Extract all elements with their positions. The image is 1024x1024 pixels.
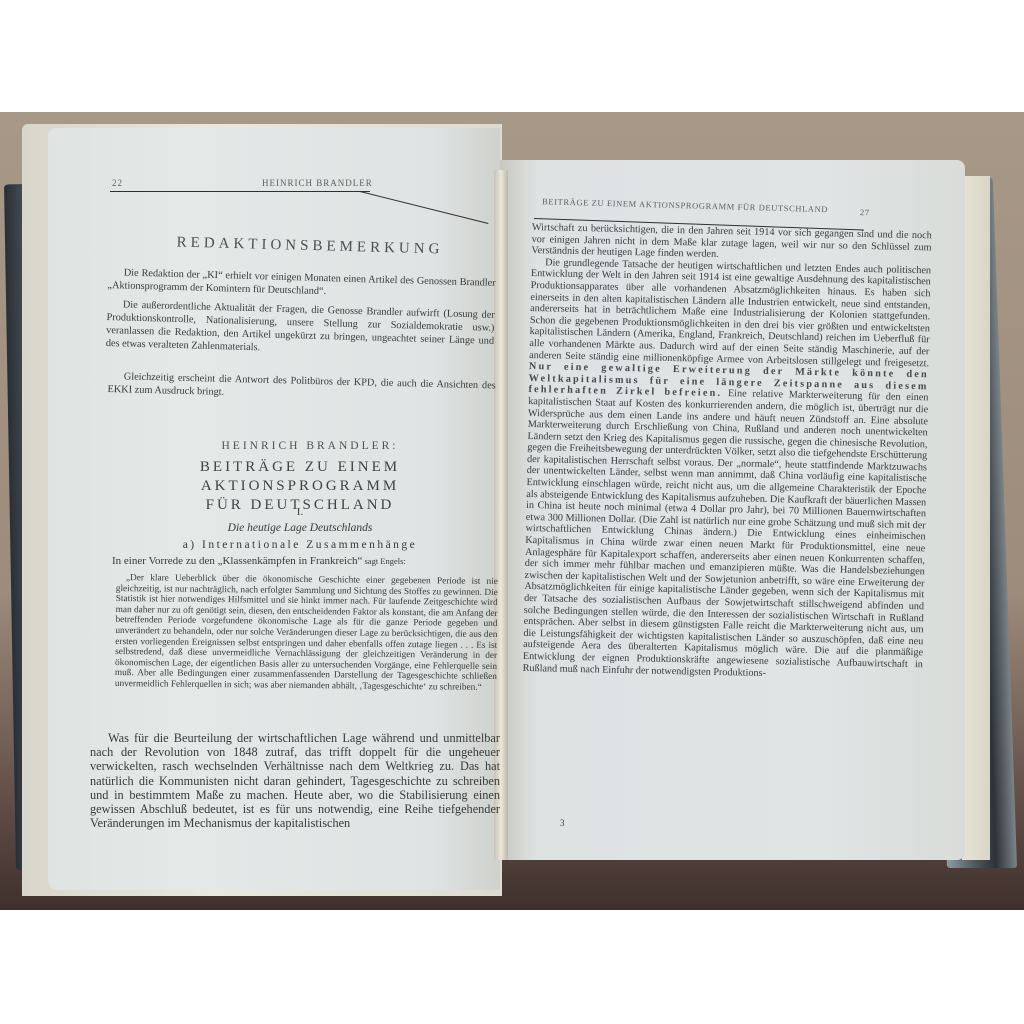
intro-line: In einer Vorrede zu den „Klassenkämpfen … (112, 555, 502, 567)
left-header-rule (110, 191, 370, 192)
article-author: HEINRICH BRANDLER: (160, 440, 460, 452)
left-running-head: 22 HEINRICH BRANDLER (112, 178, 492, 192)
section-title: Die heutige Lage Deutschlands (110, 522, 490, 534)
left-running-title: HEINRICH BRANDLER (262, 178, 373, 188)
left-body-text: Was für die Beurteilung der wirtschaftli… (90, 731, 500, 830)
right-body-text: Wirtschaft zu berücksichtigen, die in de… (523, 222, 932, 682)
editorial-paragraph: Die außerordentliche Aktualität der Frag… (106, 298, 495, 361)
intro-text: In einer Vorrede zu den „Klassenkämpfen … (112, 555, 362, 567)
body-text: Eine relative Markterweiterung für den e… (523, 388, 929, 678)
engels-quote: „Der klare Ueberblick über die ökonomisc… (115, 573, 498, 694)
section-number: I. (110, 506, 490, 518)
subsection-heading: a) Internationale Zusammenhänge (110, 539, 490, 551)
intro-tail: sagt Engels: (362, 556, 405, 566)
article-title-line-1: BEITRÄGE ZU EINEM AKTIONSPROGRAMM (110, 458, 490, 496)
body-paragraph: Die grundlegende Tatsache der heutigen w… (523, 257, 932, 683)
body-paragraph: Was für die Beurteilung der wirtschaftli… (90, 731, 500, 830)
right-page-stack (962, 176, 990, 860)
body-text: Die grundlegende Tatsache der heutigen w… (529, 257, 931, 369)
editorial-note-paragraphs: Die Redaktion der „KI“ erhielt vor einig… (105, 266, 495, 367)
left-page-number: 22 (112, 178, 123, 188)
signature-mark: 3 (560, 818, 565, 828)
quote-text: „Der klare Ueberblick über die ökonomisc… (115, 573, 498, 694)
right-page-number: 27 (860, 207, 870, 217)
